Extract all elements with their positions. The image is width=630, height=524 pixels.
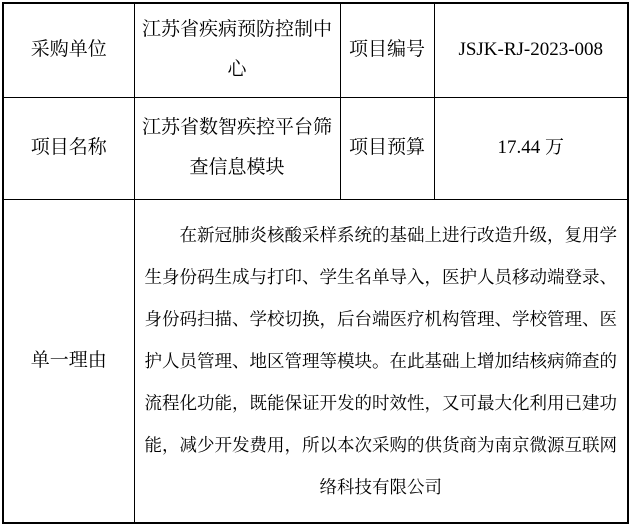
purchase-unit-value: 江苏省疾病预防控制中心 (134, 3, 340, 97)
procurement-info-table: 采购单位 江苏省疾病预防控制中心 项目编号 JSJK-RJ-2023-008 项… (2, 2, 629, 524)
sole-source-reason-label: 单一理由 (3, 199, 134, 523)
table-row: 采购单位 江苏省疾病预防控制中心 项目编号 JSJK-RJ-2023-008 (3, 3, 628, 97)
project-budget-value: 17.44 万 (434, 97, 628, 199)
table-row: 单一理由 在新冠肺炎核酸采样系统的基础上进行改造升级，复用学生身份码生成与打印、… (3, 199, 628, 523)
project-name-value: 江苏省数智疾控平台筛查信息模块 (134, 97, 340, 199)
sole-source-reason-text: 在新冠肺炎核酸采样系统的基础上进行改造升级，复用学生身份码生成与打印、学生名单导… (139, 214, 624, 508)
project-budget-label: 项目预算 (340, 97, 434, 199)
purchase-unit-label: 采购单位 (3, 3, 134, 97)
sole-source-reason-cell: 在新冠肺炎核酸采样系统的基础上进行改造升级，复用学生身份码生成与打印、学生名单导… (134, 199, 628, 523)
project-number-value: JSJK-RJ-2023-008 (434, 3, 628, 97)
project-name-label: 项目名称 (3, 97, 134, 199)
table-row: 项目名称 江苏省数智疾控平台筛查信息模块 项目预算 17.44 万 (3, 97, 628, 199)
project-number-label: 项目编号 (340, 3, 434, 97)
